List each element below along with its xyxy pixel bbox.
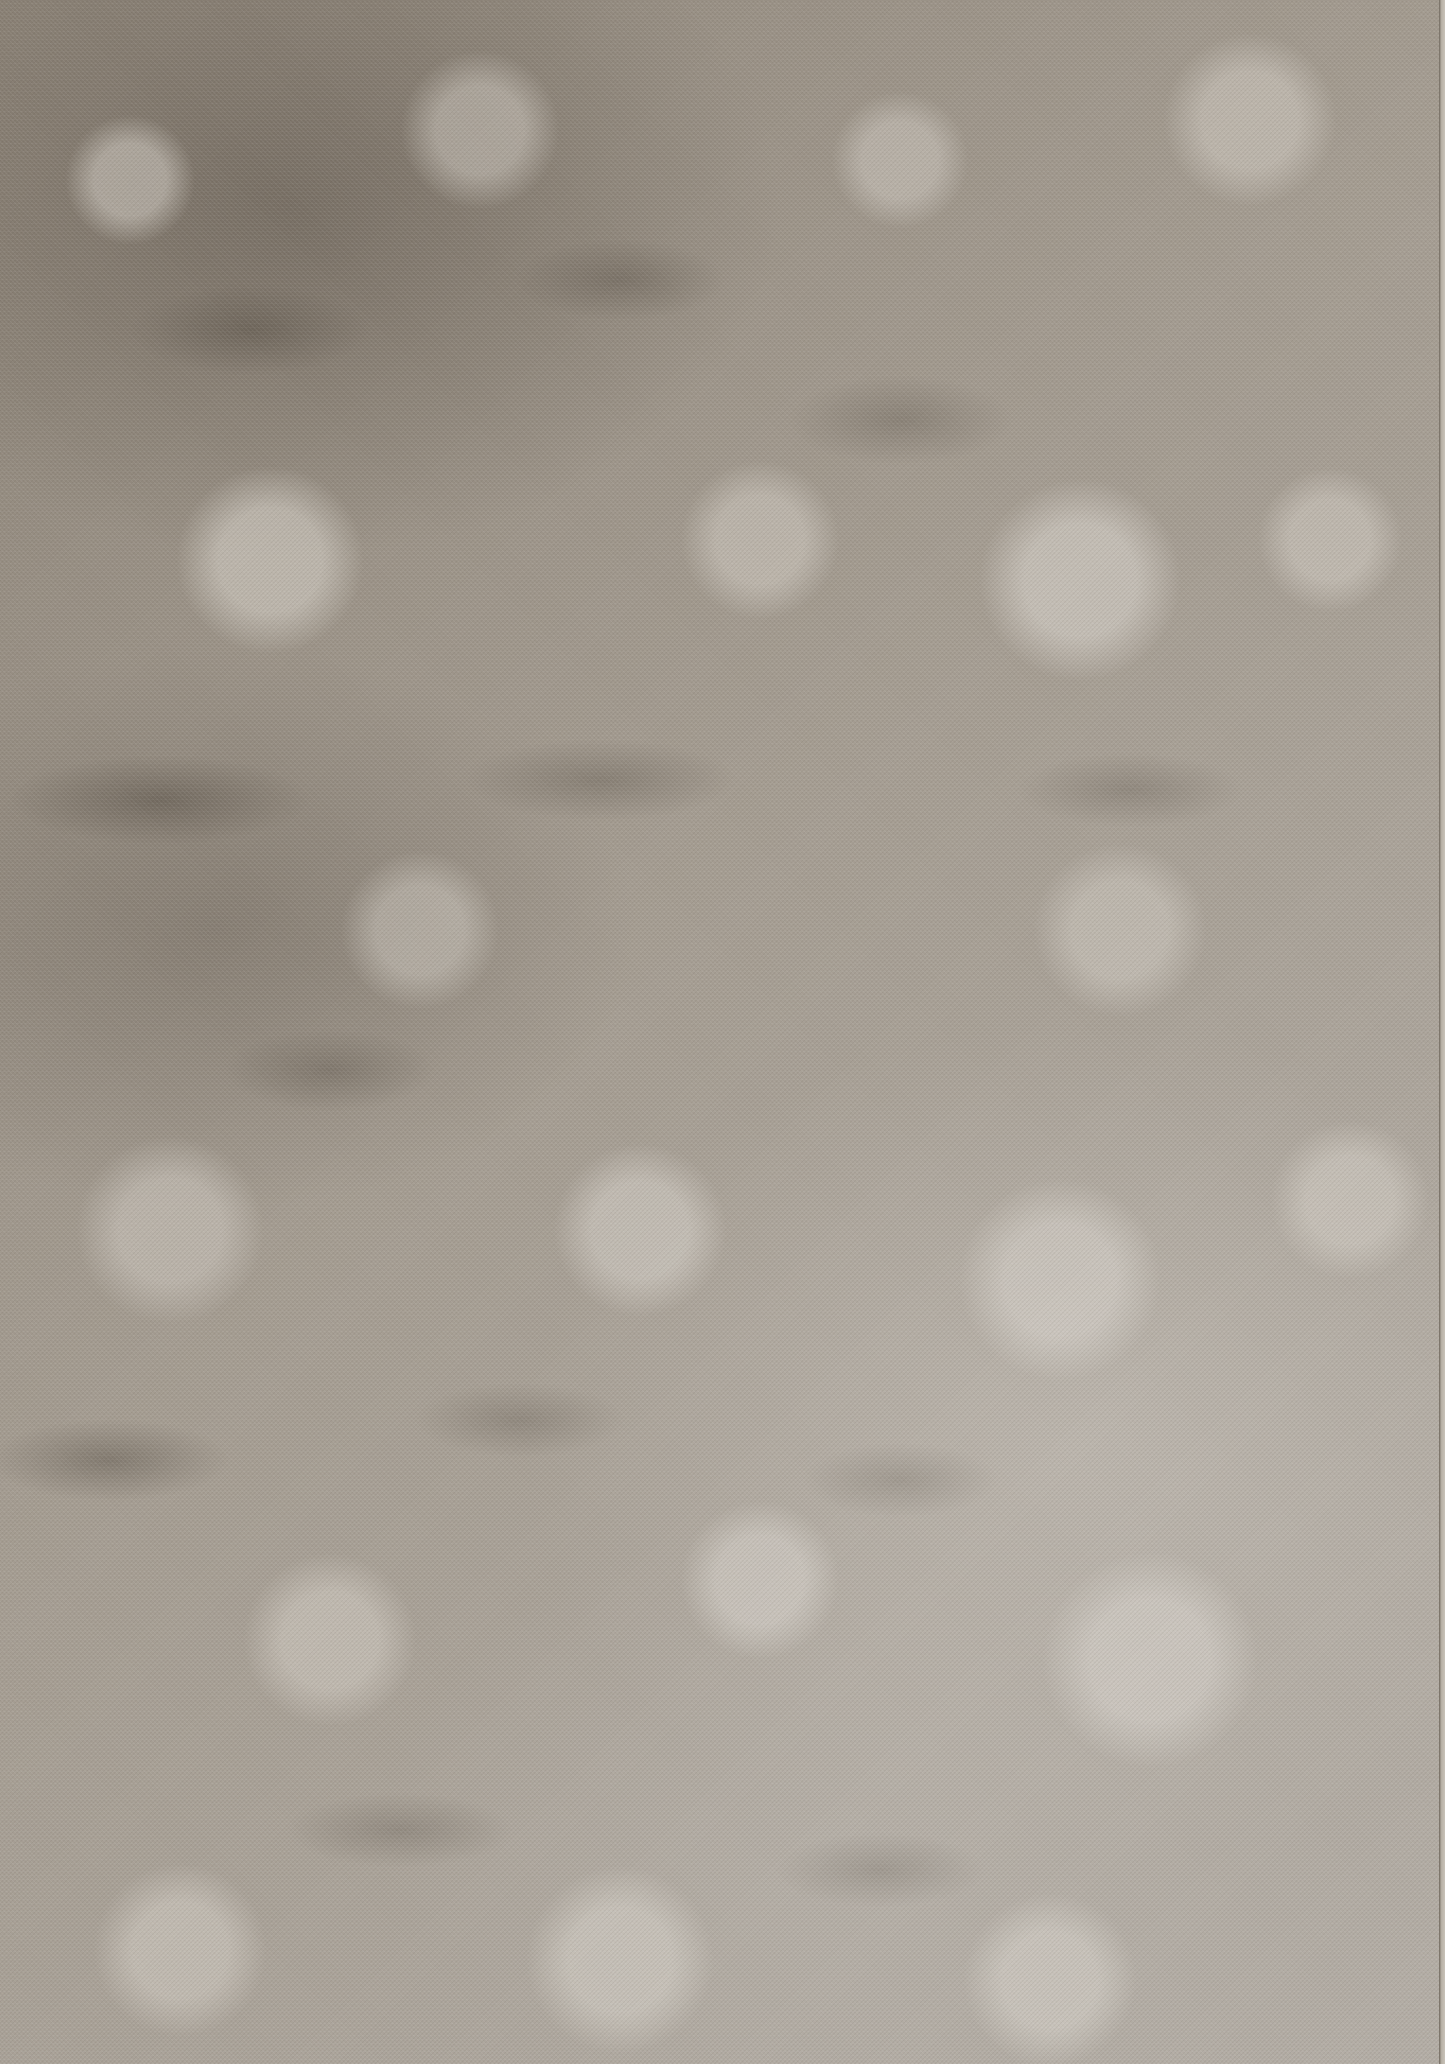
rug-pile-texture xyxy=(0,0,1445,2064)
rug-binding-edge xyxy=(1439,0,1445,2064)
rug-photo xyxy=(0,0,1445,2064)
